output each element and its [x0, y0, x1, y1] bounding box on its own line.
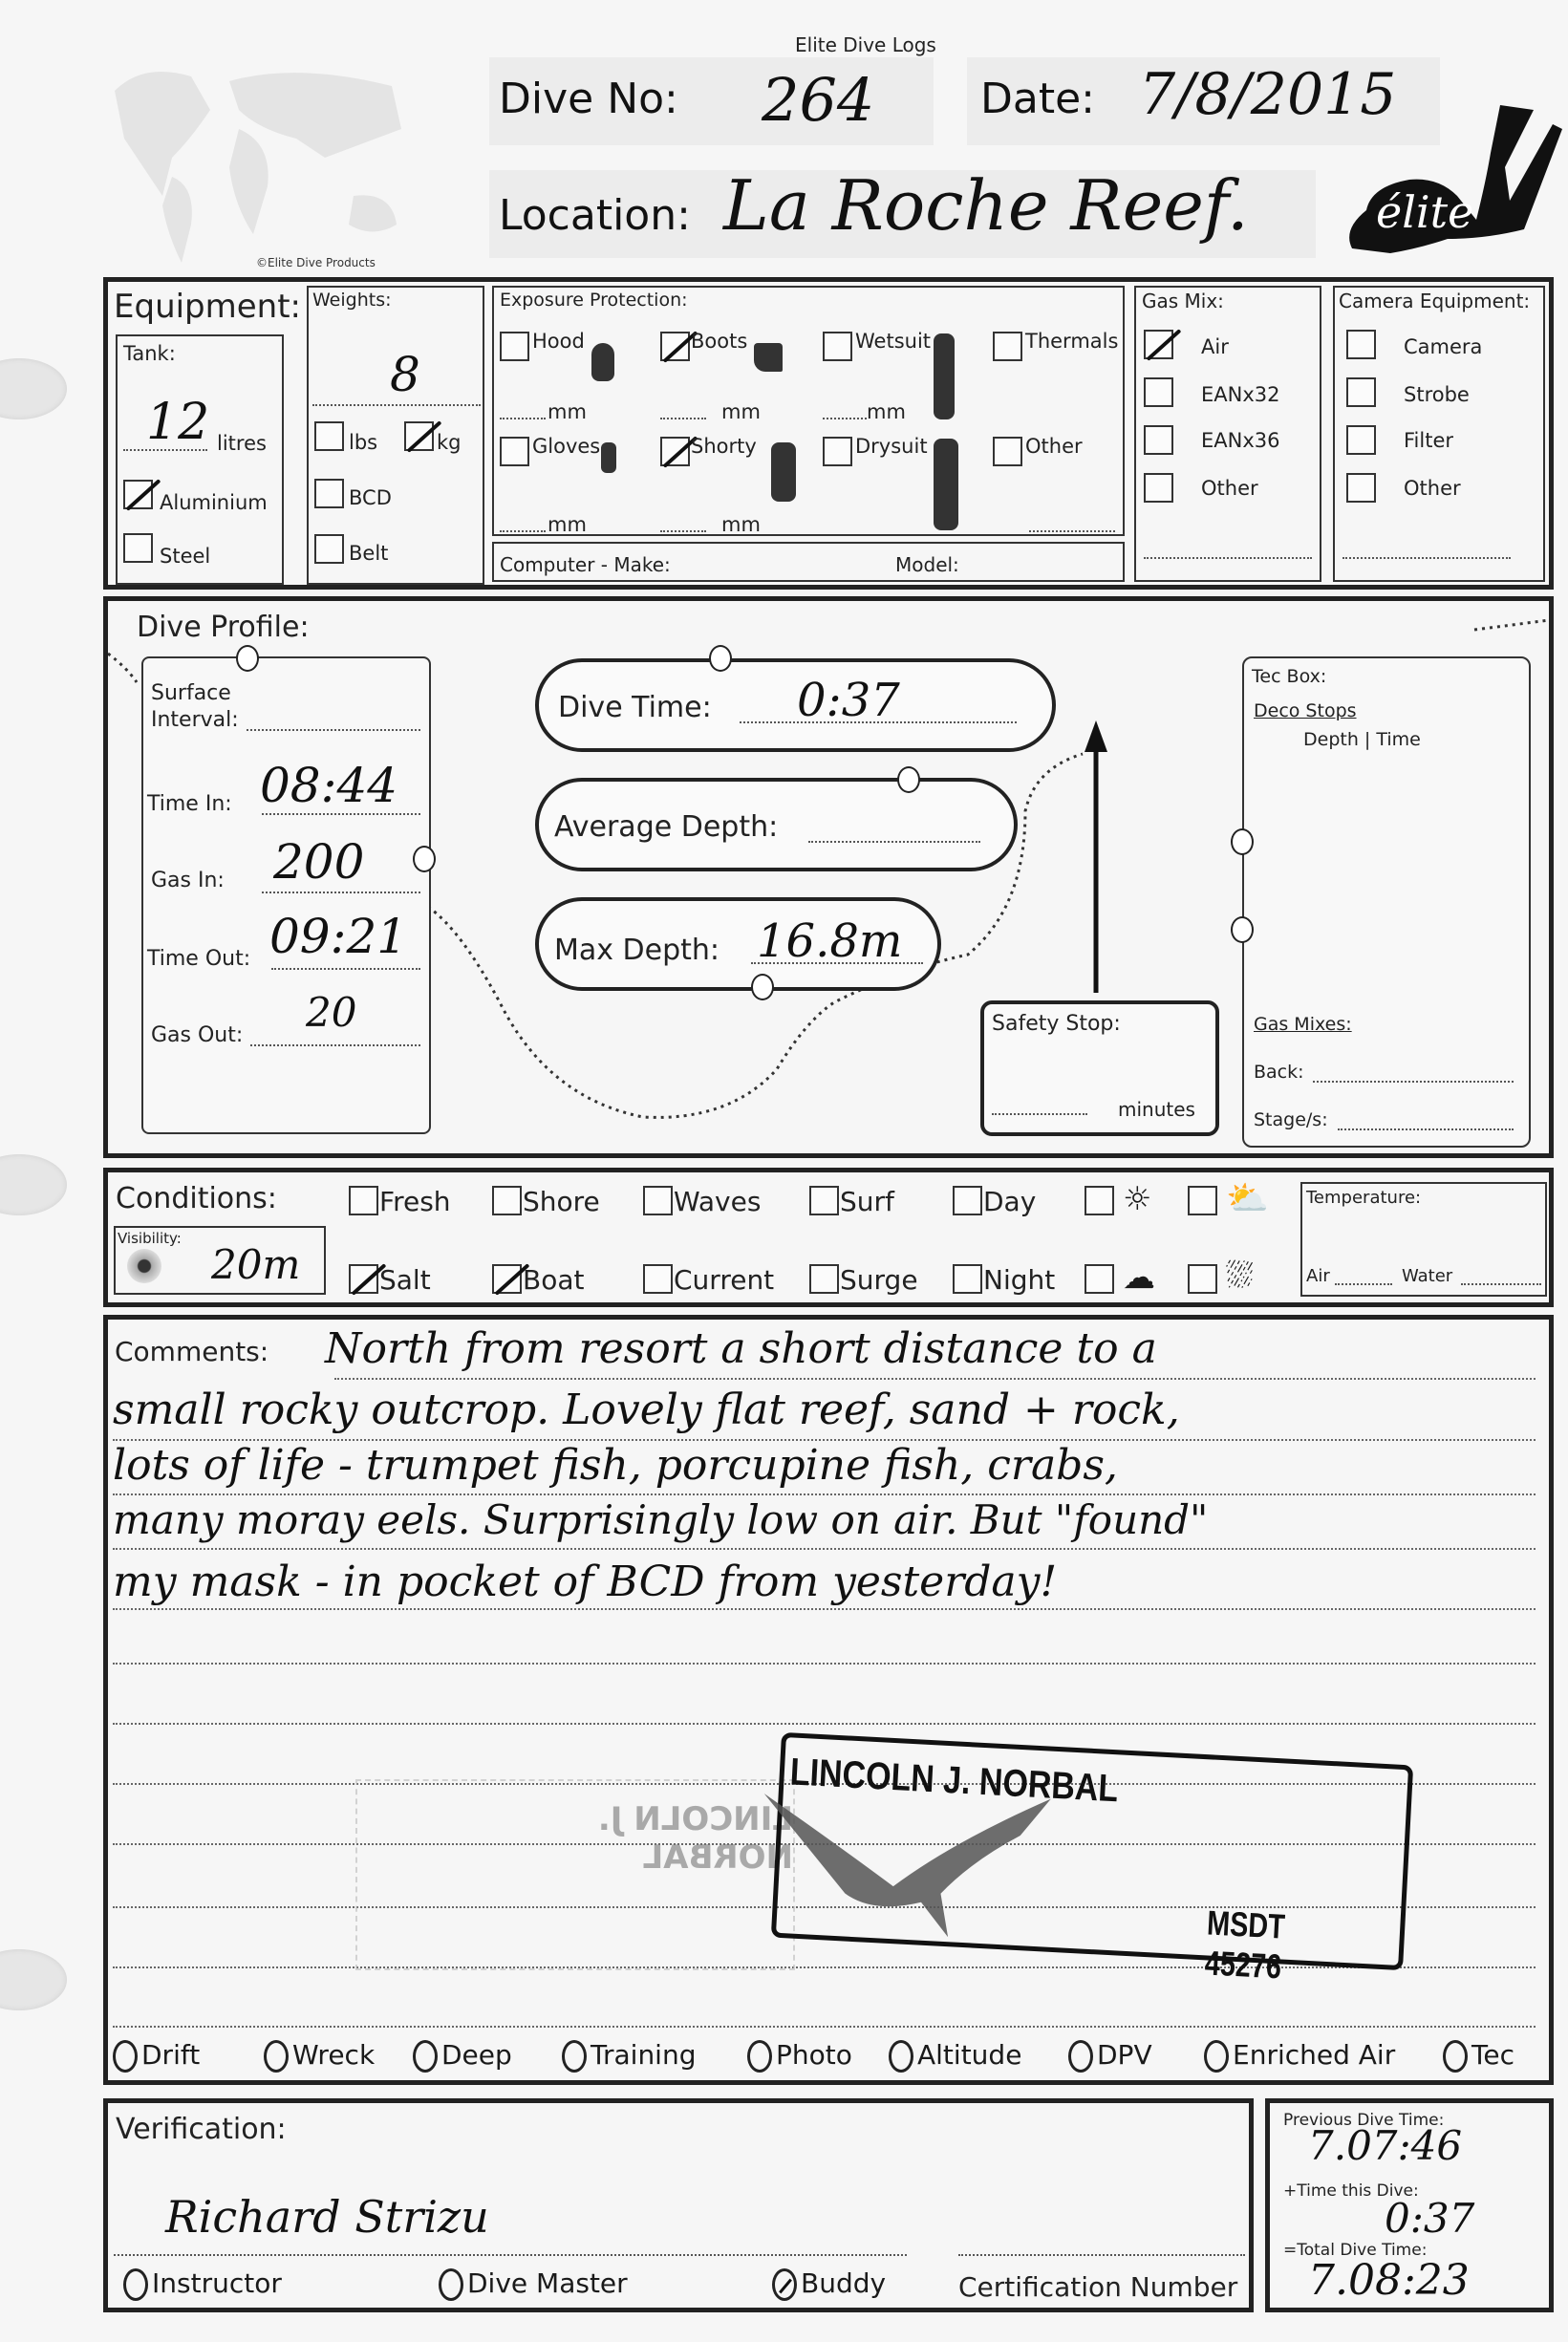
aluminium-label: Aluminium	[160, 491, 268, 514]
gloves-checkbox[interactable]	[500, 437, 529, 466]
arrow-up-icon	[1085, 720, 1107, 752]
back-gas-label: Back:	[1254, 1062, 1304, 1083]
role-label: Instructor	[152, 2267, 282, 2299]
camera-other-line	[1342, 557, 1511, 559]
strobe-checkbox[interactable]	[1346, 377, 1376, 407]
filter-label: Filter	[1404, 429, 1453, 452]
salt-checkbox[interactable]	[349, 1264, 378, 1294]
shorty-mm-unit: mm	[721, 513, 761, 536]
verification-label: Verification:	[116, 2113, 287, 2146]
exposure-box: Exposure Protection: Hood mm Boots mm We…	[492, 286, 1125, 536]
surge-checkbox[interactable]	[809, 1264, 839, 1294]
visibility-box[interactable]: Visibility: 20m	[114, 1226, 326, 1295]
wetsuit-mm-unit: mm	[867, 400, 906, 423]
gas-in-label: Gas In:	[151, 869, 225, 892]
computer-make-label: Computer - Make:	[500, 553, 671, 576]
signature-line[interactable]	[114, 2254, 907, 2256]
day-checkbox[interactable]	[953, 1186, 982, 1215]
temperature-box: Temperature: Air Water	[1300, 1182, 1547, 1297]
comment-text-line: my mask - in pocket of BCD from yesterda…	[113, 1558, 1057, 1606]
profile-node	[751, 974, 774, 1000]
dive-type-label: Tec	[1471, 2039, 1514, 2071]
hood-checkbox[interactable]	[500, 332, 529, 361]
temperature-label: Temperature:	[1306, 1188, 1421, 1208]
elite-diver-logo: élite	[1333, 96, 1562, 263]
radio-icon[interactable]	[1443, 2040, 1468, 2073]
gloves-mm-line	[500, 530, 546, 532]
profile-node	[709, 645, 732, 672]
tank-volume-line	[123, 449, 207, 451]
fresh-checkbox[interactable]	[349, 1186, 378, 1215]
safety-stop-label: Safety Stop:	[992, 1012, 1121, 1036]
dive-time-totals: Previous Dive Time: 7.07:46 +Time this D…	[1265, 2098, 1554, 2312]
punch-hole	[0, 1949, 67, 2010]
strobe-label: Strobe	[1404, 383, 1470, 406]
radio-checked-icon[interactable]	[772, 2268, 797, 2301]
dive-type-enriched-air[interactable]: Enriched Air	[1204, 2039, 1395, 2073]
wetsuit-mm-line	[823, 418, 867, 419]
times-box: Surface Interval: Time In: 08:44 Gas In:…	[141, 656, 431, 1134]
depth-time-header: Depth | Time	[1303, 729, 1421, 750]
gloves-icon	[601, 442, 616, 473]
weights-box: Weights: 8 lbs kg BCD Belt	[307, 286, 484, 585]
comments-label: Comments:	[115, 1336, 268, 1367]
dive-type-photo[interactable]: Photo	[747, 2039, 852, 2073]
total-dive-time-value: 7.08:23	[1308, 2256, 1470, 2305]
radio-icon[interactable]	[413, 2040, 438, 2073]
visibility-label: Visibility:	[118, 1230, 182, 1247]
radio-icon[interactable]	[747, 2040, 772, 2073]
lbs-label: lbs	[349, 431, 377, 454]
boat-label: Boat	[523, 1264, 584, 1296]
belt-label: Belt	[349, 542, 388, 565]
visibility-value: 20m	[211, 1241, 300, 1288]
signature: Richard Strizu	[165, 2191, 489, 2243]
comment-line	[113, 2026, 1536, 2028]
dive-type-altitude[interactable]: Altitude	[889, 2039, 1021, 2073]
dive-type-label: Training	[591, 2039, 696, 2071]
equipment-section: Equipment: Tank: 12 litres Aluminium Ste…	[103, 277, 1554, 590]
radio-icon[interactable]	[1068, 2040, 1093, 2073]
night-label: Night	[983, 1264, 1055, 1296]
comment-line	[113, 1548, 1536, 1550]
hood-icon	[591, 343, 614, 381]
camera-label: Camera Equipment:	[1339, 290, 1530, 312]
sunny-checkbox[interactable]	[1085, 1186, 1114, 1215]
weights-value: 8	[390, 347, 420, 402]
time-out-value: 09:21	[269, 909, 407, 964]
gas-in-value: 200	[273, 834, 364, 890]
dive-type-label: Photo	[776, 2039, 852, 2071]
dive-time-label: Dive Time:	[558, 691, 712, 724]
brand-title: Elite Dive Logs	[795, 33, 936, 56]
safety-stop-unit: minutes	[1118, 1098, 1195, 1121]
dive-type-label: Drift	[141, 2039, 200, 2071]
time-out-label: Time Out:	[147, 947, 250, 971]
gas-mix-box: Gas Mix: Air EANx32 EANx36 Other	[1134, 286, 1321, 582]
comment-text-line: lots of life - trumpet fish, porcupine f…	[113, 1441, 1118, 1490]
dive-no-field[interactable]: Dive No: 264	[489, 57, 934, 145]
radio-icon[interactable]	[113, 2040, 138, 2073]
role-label: Dive Master	[467, 2267, 628, 2299]
kg-checkbox[interactable]	[404, 421, 434, 451]
tank-label: Tank:	[123, 342, 176, 365]
dive-type-wreck[interactable]: Wreck	[264, 2039, 375, 2073]
current-label: Current	[674, 1264, 774, 1296]
drysuit-icon	[934, 439, 958, 530]
role-dive-master[interactable]: Dive Master	[439, 2267, 628, 2301]
gas-other-checkbox[interactable]	[1144, 473, 1173, 503]
safety-stop-line	[992, 1113, 1087, 1115]
eye-icon	[127, 1249, 161, 1283]
stage-gas-line[interactable]	[1338, 1128, 1514, 1130]
boots-mm-unit: mm	[721, 400, 761, 423]
radio-icon[interactable]	[123, 2268, 148, 2301]
radio-icon[interactable]	[264, 2040, 289, 2073]
cloud-icon: ☁	[1123, 1258, 1155, 1297]
bcd-checkbox[interactable]	[314, 479, 344, 508]
exposure-other-checkbox[interactable]	[993, 437, 1022, 466]
hood-mm-unit: mm	[548, 400, 587, 423]
profile-node	[1231, 828, 1254, 855]
lbs-checkbox[interactable]	[314, 421, 344, 451]
conditions-title: Conditions:	[116, 1182, 277, 1215]
salt-label: Salt	[379, 1264, 431, 1296]
surf-label: Surf	[840, 1186, 894, 1217]
dive-no-label: Dive No:	[499, 75, 678, 123]
surface-interval-label2: Interval:	[151, 708, 239, 732]
cert-number-label: Certification Number	[958, 2271, 1237, 2303]
profile-node	[413, 846, 436, 872]
drysuit-label: Drysuit	[855, 435, 928, 458]
weights-line	[312, 404, 481, 406]
surface-interval-label: Surface	[151, 681, 231, 705]
camera-checkbox[interactable]	[1346, 330, 1376, 359]
eanx36-label: EANx36	[1201, 429, 1280, 452]
dive-time-value: 0:37	[797, 674, 900, 727]
shark-icon	[757, 1774, 1128, 1956]
surface-interval-line[interactable]	[247, 729, 420, 731]
role-buddy[interactable]: Buddy	[772, 2267, 886, 2301]
max-depth-line	[751, 962, 923, 964]
max-depth-label: Max Depth:	[554, 934, 720, 967]
equipment-title: Equipment:	[114, 288, 301, 326]
water-temp-label: Water	[1402, 1266, 1452, 1286]
water-temp-line[interactable]	[1461, 1283, 1541, 1285]
drysuit-checkbox[interactable]	[823, 437, 852, 466]
gas-in-line[interactable]	[262, 892, 420, 893]
comment-line	[113, 1723, 1536, 1725]
eanx36-checkbox[interactable]	[1144, 425, 1173, 455]
belt-checkbox[interactable]	[314, 534, 344, 564]
hood-mm-line	[500, 418, 546, 419]
location-label: Location:	[499, 191, 691, 240]
steel-label: Steel	[160, 545, 210, 568]
dive-profile-section: Dive Profile: Surface Interval: Time In:…	[103, 596, 1554, 1158]
air-temp-line[interactable]	[1335, 1283, 1392, 1285]
cloudy-checkbox[interactable]	[1085, 1264, 1114, 1294]
punch-hole	[0, 1154, 67, 1215]
camera-other-checkbox[interactable]	[1346, 473, 1376, 503]
hood-label: Hood	[532, 330, 585, 353]
comment-line	[113, 1493, 1536, 1495]
stage-gas-label: Stage/s:	[1254, 1109, 1328, 1130]
air-temp-label: Air	[1306, 1266, 1330, 1286]
instructor-stamp: LINCOLN J. NORBAL MSDT 45276	[771, 1732, 1413, 1970]
max-depth-value: 16.8m	[757, 914, 902, 968]
waves-label: Waves	[674, 1186, 761, 1217]
copyright: ©Elite Dive Products	[256, 256, 376, 269]
time-out-line[interactable]	[271, 968, 420, 970]
exposure-label: Exposure Protection:	[500, 290, 688, 311]
shorty-checkbox[interactable]	[660, 437, 690, 466]
role-label: Buddy	[801, 2267, 886, 2299]
filter-checkbox[interactable]	[1346, 425, 1376, 455]
dive-type-drift[interactable]: Drift	[113, 2039, 200, 2073]
wetsuit-icon	[934, 333, 955, 419]
bcd-label: BCD	[349, 486, 392, 509]
gas-out-value: 20	[306, 989, 356, 1036]
dive-type-dpv[interactable]: DPV	[1068, 2039, 1152, 2073]
tank-unit: litres	[217, 432, 267, 455]
tec-box-label: Tec Box:	[1252, 666, 1326, 687]
partly-cloudy-icon: ⛅	[1226, 1178, 1269, 1218]
cert-number-line[interactable]	[958, 2254, 1245, 2256]
ghost-stamp: LINCOLN J. NORBAL	[355, 1779, 795, 1970]
tank-box: Tank: 12 litres Aluminium Steel	[116, 334, 284, 585]
average-depth-label: Average Depth:	[554, 810, 778, 844]
fresh-label: Fresh	[379, 1186, 451, 1217]
location-field[interactable]: Location: La Roche Reef.	[489, 170, 1316, 258]
rain-icon: ⛆	[1226, 1257, 1254, 1297]
gloves-label: Gloves	[532, 435, 600, 458]
steel-checkbox[interactable]	[123, 533, 153, 563]
average-depth-field[interactable]: Average Depth:	[535, 778, 1018, 871]
computer-box: Computer - Make: Model:	[492, 542, 1125, 582]
dive-type-label: Deep	[441, 2039, 512, 2071]
role-instructor[interactable]: Instructor	[123, 2267, 282, 2301]
dive-type-deep[interactable]: Deep	[413, 2039, 512, 2073]
stamp-cert-number: MSDT 45276	[1204, 1902, 1363, 1990]
current-checkbox[interactable]	[643, 1264, 673, 1294]
wetsuit-label: Wetsuit	[855, 330, 931, 353]
radio-icon[interactable]	[1204, 2040, 1229, 2073]
date-label: Date:	[980, 75, 1095, 123]
boots-icon	[754, 343, 783, 372]
radio-icon[interactable]	[889, 2040, 913, 2073]
time-this-dive-value: 0:37	[1385, 2195, 1474, 2242]
camera-box: Camera Equipment: Camera Strobe Filter O…	[1333, 286, 1545, 582]
comment-line	[334, 1378, 1536, 1380]
radio-icon[interactable]	[562, 2040, 587, 2073]
surge-label: Surge	[840, 1264, 918, 1296]
comment-line	[113, 1608, 1536, 1610]
camera-other-label: Other	[1404, 477, 1461, 500]
boots-label: Boots	[691, 330, 747, 353]
max-depth-field[interactable]: Max Depth: 16.8m	[535, 897, 941, 991]
safety-stop-box[interactable]: Safety Stop: minutes	[980, 1000, 1219, 1136]
aluminium-checkbox[interactable]	[123, 480, 153, 509]
eanx32-checkbox[interactable]	[1144, 377, 1173, 407]
eanx32-label: EANx32	[1201, 383, 1280, 406]
dive-no-value: 264	[762, 65, 874, 135]
radio-icon[interactable]	[439, 2268, 463, 2301]
time-in-label: Time In:	[147, 792, 232, 816]
air-checkbox[interactable]	[1144, 330, 1173, 359]
boots-mm-line	[660, 418, 706, 419]
verification-section: Verification: Richard Strizu Instructor …	[103, 2098, 1254, 2312]
sun-icon: ☼	[1123, 1180, 1151, 1218]
comment-line	[113, 1663, 1536, 1665]
day-label: Day	[983, 1186, 1036, 1217]
shore-checkbox[interactable]	[492, 1186, 522, 1215]
gas-other-label: Other	[1201, 477, 1258, 500]
gas-mix-label: Gas Mix:	[1142, 290, 1224, 312]
previous-dive-time-value: 7.07:46	[1308, 2122, 1462, 2169]
ghost-stamp-name: LINCOLN J. NORBAL	[539, 1800, 793, 1877]
tank-volume-value: 12	[146, 394, 209, 451]
kg-label: kg	[437, 431, 462, 454]
thermals-label: Thermals	[1025, 330, 1118, 353]
gas-other-line	[1144, 557, 1312, 559]
profile-node	[897, 766, 920, 793]
boat-checkbox[interactable]	[492, 1264, 522, 1294]
wetsuit-checkbox[interactable]	[823, 332, 852, 361]
dive-time-line	[740, 721, 1017, 723]
profile-node	[236, 645, 259, 672]
thermals-checkbox[interactable]	[993, 332, 1022, 361]
average-depth-line	[808, 841, 980, 843]
world-map-watermark	[105, 53, 420, 272]
time-in-value: 08:44	[260, 758, 397, 813]
dive-type-training[interactable]: Training	[562, 2039, 696, 2073]
back-gas-line[interactable]	[1313, 1081, 1514, 1083]
dive-type-label: DPV	[1097, 2039, 1152, 2071]
conditions-section: Conditions: Visibility: 20m Fresh Shore …	[103, 1168, 1554, 1307]
comment-text-line: small rocky outcrop. Lovely flat reef, s…	[113, 1386, 1180, 1434]
comment-text-line: North from resort a short distance to a	[325, 1324, 1157, 1373]
gas-out-line[interactable]	[250, 1044, 420, 1046]
camera-option-label: Camera	[1404, 335, 1482, 358]
rain-checkbox[interactable]	[1188, 1264, 1217, 1294]
air-label: Air	[1201, 335, 1229, 358]
shorty-icon	[771, 442, 796, 502]
exposure-other-label: Other	[1025, 435, 1083, 458]
computer-model-label: Model:	[895, 553, 959, 576]
dive-profile-title: Dive Profile:	[137, 611, 310, 644]
logo-text: élite	[1376, 186, 1473, 238]
partly-cloudy-checkbox[interactable]	[1188, 1186, 1217, 1215]
dive-type-tec[interactable]: Tec	[1443, 2039, 1514, 2073]
profile-node	[1231, 916, 1254, 943]
dive-type-label: Wreck	[292, 2039, 375, 2071]
exposure-other-line	[1029, 530, 1115, 532]
tec-box: Tec Box: Deco Stops Depth | Time Gas Mix…	[1242, 656, 1531, 1148]
shore-label: Shore	[523, 1186, 600, 1217]
punch-hole	[0, 358, 67, 419]
gas-mixes-label: Gas Mixes:	[1254, 1014, 1352, 1035]
dive-type-label: Enriched Air	[1233, 2039, 1395, 2071]
location-value: La Roche Reef.	[723, 165, 1249, 246]
shorty-label: Shorty	[691, 435, 757, 458]
comment-text-line: many moray eels. Surprisingly low on air…	[113, 1496, 1208, 1543]
dive-type-label: Altitude	[917, 2039, 1021, 2071]
deco-stops-label: Deco Stops	[1254, 700, 1357, 721]
shorty-mm-line	[660, 530, 706, 532]
night-checkbox[interactable]	[953, 1264, 982, 1294]
time-in-line[interactable]	[262, 813, 420, 815]
boots-checkbox[interactable]	[660, 332, 690, 361]
gas-out-label: Gas Out:	[151, 1023, 243, 1047]
gloves-mm-unit: mm	[548, 513, 587, 536]
dive-time-field[interactable]: Dive Time: 0:37	[535, 658, 1056, 752]
weights-label: Weights:	[312, 290, 392, 311]
surf-checkbox[interactable]	[809, 1186, 839, 1215]
waves-checkbox[interactable]	[643, 1186, 673, 1215]
